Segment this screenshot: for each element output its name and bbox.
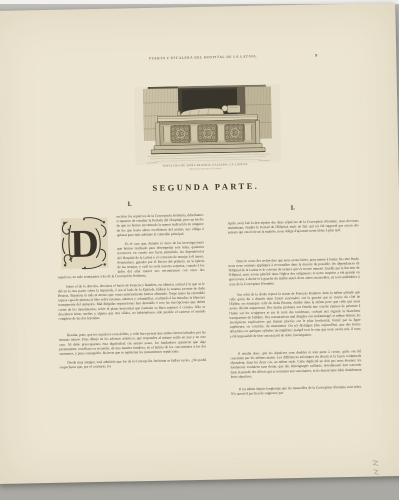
paragraph: Sobre el de la derecha, descansa el bust… (58, 282, 206, 322)
paragraph: Après avoir fait la description des deux… (228, 219, 359, 235)
paragraph: Sur celui de la droite repose la statue … (229, 290, 361, 339)
ornate-initial-d: D (56, 216, 112, 271)
column-heading-left: I. (56, 199, 203, 209)
drop-cap-letter: D (70, 221, 99, 266)
paragraph: Dans le cours des recherches que nous av… (228, 257, 360, 287)
page-number: 9 (310, 53, 322, 58)
plate-caption-block: SEPULCRO DE DOÑA BEATRIZ GALINDO, LA LAT… (52, 161, 358, 175)
paragraph: Resulta, pues, que los sepulcros eran do… (59, 330, 206, 356)
running-head-text: PUERTA Y ESCALERA DEL HOSPITAL DE LA LAT… (149, 55, 258, 61)
paragraph: Il est admis depuis longtemps que les ma… (231, 385, 362, 397)
dropcap-paragraph-wrap: D escritos los sepulcros de la Concepció… (56, 213, 206, 370)
paragraph: Desde muy antiguo, está admitido que los… (59, 358, 206, 370)
section-title: SEGUNDA PARTE. (56, 179, 356, 195)
sepulchre-engraving-image (134, 84, 282, 165)
pencil-mark (370, 458, 380, 478)
paragraph: Il résulte donc, que les sépulcres sont … (230, 349, 362, 379)
column-heading-right: I. (227, 203, 358, 213)
column-french: I. Après avoir fait la description des d… (227, 196, 362, 423)
running-head: PUERTA Y ESCALERA DEL HOSPITAL DE LA LAT… (50, 53, 356, 69)
book-page: PUERTA Y ESCALERA DEL HOSPITAL DE LA LAT… (0, 3, 399, 484)
column-spanish: I. (56, 199, 207, 426)
